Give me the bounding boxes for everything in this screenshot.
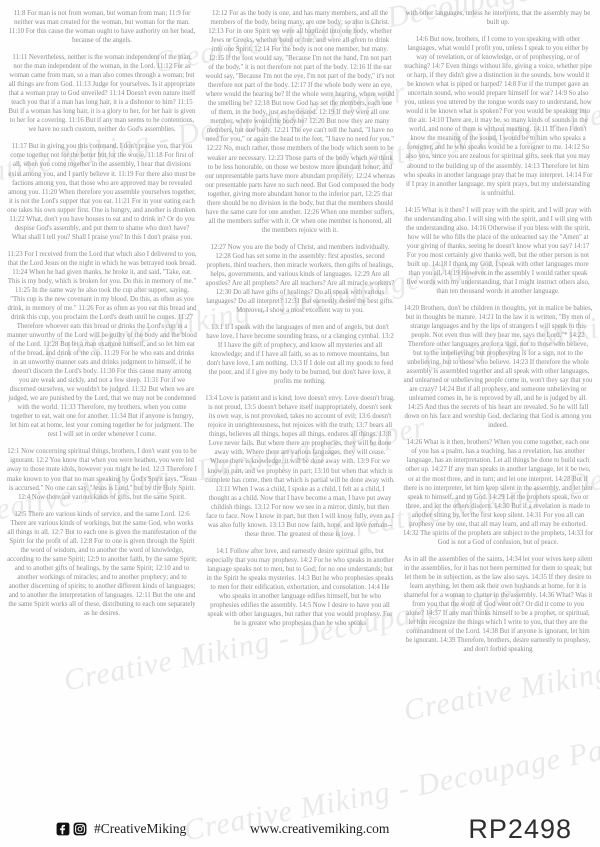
decoupage-sheet: Creative Miking - Decoupage Paper Creati… — [0, 0, 600, 847]
scripture-paragraph: As in all the assemblies of the saints, … — [403, 555, 593, 654]
scripture-paragraph: 14:20 Brothers, don't be children in tho… — [403, 304, 593, 430]
social-block: #CreativeMiking — [56, 821, 186, 837]
scripture-paragraph: 14:26 What is it then, brothers? When yo… — [403, 438, 593, 546]
facebook-icon — [56, 822, 70, 836]
social-handle: #CreativeMiking — [94, 821, 186, 837]
scripture-paragraph: 14:6 But now, brothers, if I come to you… — [403, 35, 593, 198]
scripture-paragraph: 12:1 Now concerning spiritual things, br… — [7, 447, 197, 501]
instagram-icon — [73, 822, 87, 836]
scripture-paragraph: 11:11 Nevertheless, neither is the woman… — [7, 53, 197, 134]
scripture-paragraph: 12:27 Now you are the body of Christ, an… — [205, 243, 395, 315]
scripture-column-2: 12:12 For as the body is one, and has ma… — [205, 9, 395, 809]
footer: #CreativeMiking www.creativemiking.com R… — [0, 811, 600, 847]
scripture-paragraph: 11:17 But in giving you this command, I … — [7, 142, 197, 241]
scripture-paragraph: 12:12 For as the body is one, and has ma… — [205, 9, 395, 235]
scripture-paragraph: 13:4 Love is patient and is kind; love d… — [205, 394, 395, 539]
website-url: www.creativemiking.com — [250, 821, 389, 837]
scripture-paragraph: 13:1 If I speak with the languages of me… — [205, 323, 395, 386]
product-code: RP2498 — [468, 814, 572, 845]
scripture-columns: 11:8 For man is not from woman, but woma… — [7, 9, 593, 809]
scripture-paragraph: 14:15 What is it then? I will pray with … — [403, 206, 593, 296]
scripture-paragraph: 14:1 Follow after love, and earnestly de… — [205, 547, 395, 628]
scripture-column-1: 11:8 For man is not from woman, but woma… — [7, 9, 197, 809]
scripture-paragraph: 11:23 For I received from the Lord that … — [7, 250, 197, 440]
scripture-column-3: with other languages, unless he interpre… — [403, 9, 593, 809]
scripture-paragraph: 11:8 For man is not from woman, but woma… — [7, 9, 197, 45]
scripture-paragraph: 12:5 There are various kinds of service,… — [7, 510, 197, 618]
scripture-paragraph: with other languages, unless he interpre… — [403, 9, 593, 27]
